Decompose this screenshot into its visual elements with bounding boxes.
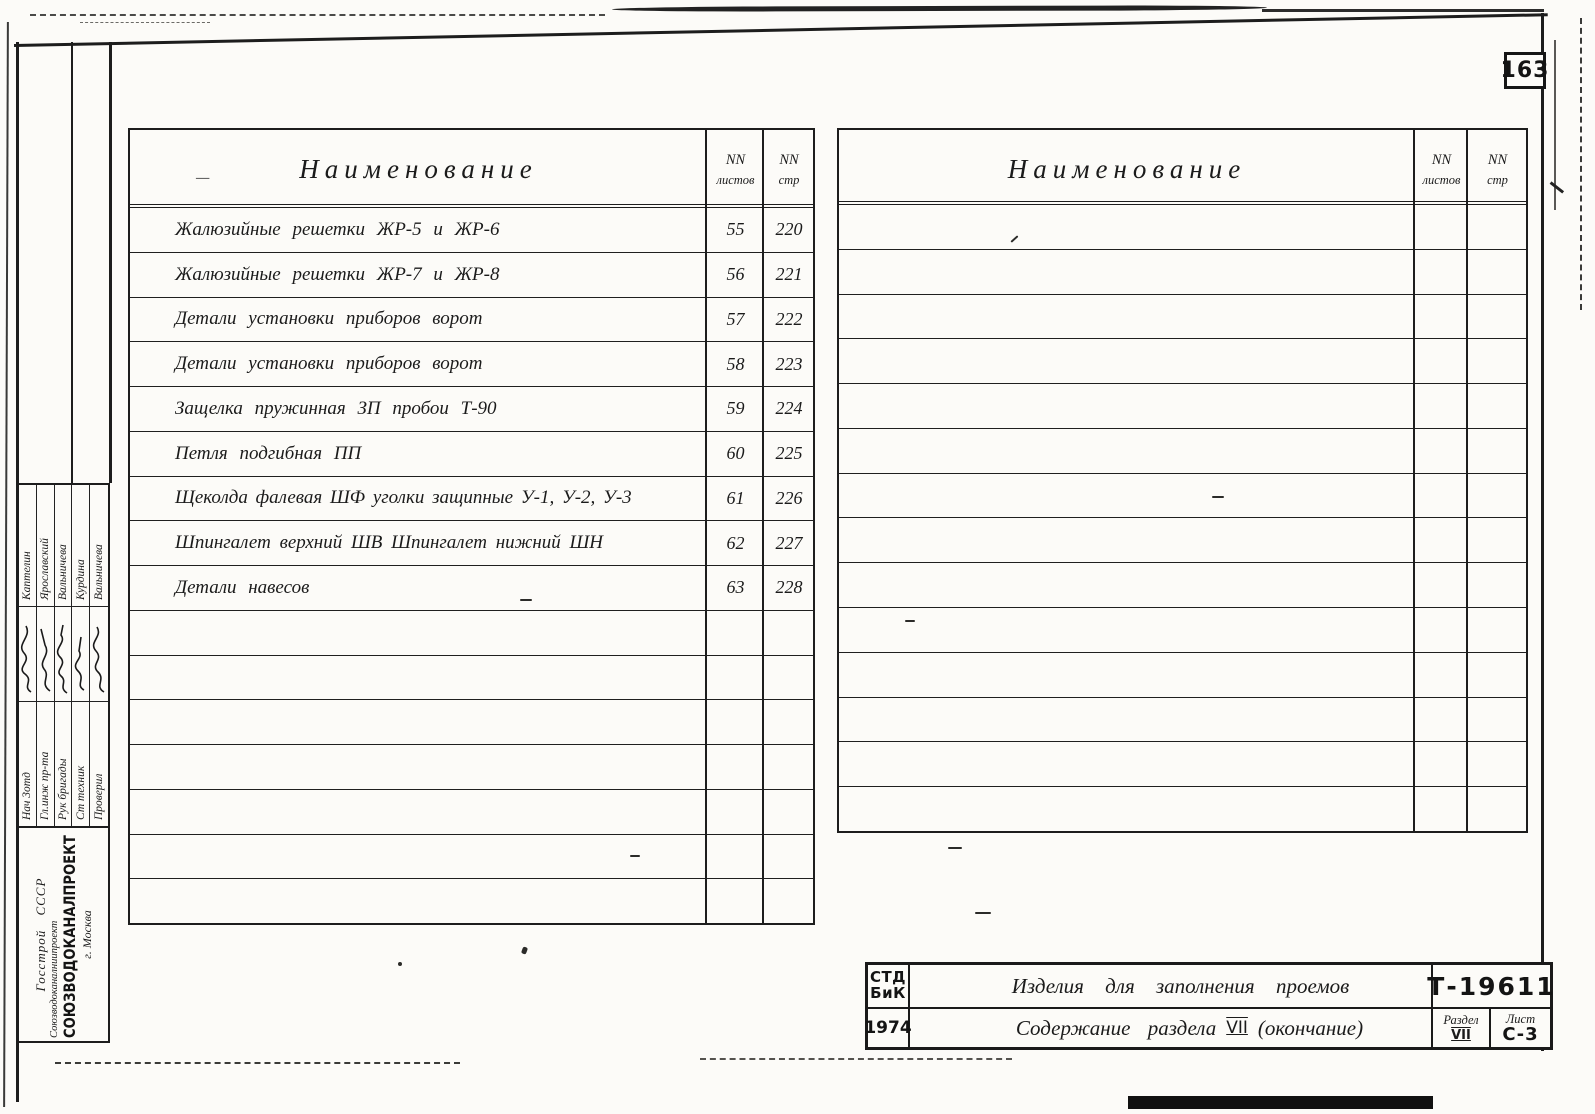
stamp-role-cell: Нач 3отд — [19, 701, 37, 826]
org-stamp: Госстрой СССР Союзводоканалниипроект СОЮ… — [17, 483, 110, 1043]
cell-item-name: Детали навесов — [130, 577, 707, 599]
cell-page-number: 227 — [764, 533, 814, 554]
signature-scribble — [38, 623, 53, 695]
signature-scribble — [92, 623, 107, 695]
empty-table-row — [839, 787, 1526, 831]
table-row: Детали установки приборов ворот 58 223 — [130, 342, 813, 387]
empty-table-row — [839, 339, 1526, 384]
cell-item-name: Жалюзийные решетки ЖР-7 и ЖР-8 — [130, 264, 707, 286]
scan-artifact — [700, 1058, 1012, 1060]
contents-title: Содержание разделаVII(окончание) — [910, 1009, 1431, 1047]
cell-page-number: 223 — [764, 354, 814, 375]
stamp-signature-cell — [37, 606, 55, 701]
cell-page-number: 225 — [764, 443, 814, 464]
scan-artifact — [80, 22, 210, 23]
album-title: Изделия для заполнения проемов — [910, 965, 1431, 1009]
table-row: Петля подгибная ПП 60 225 — [130, 432, 813, 477]
series-code: СТД БиК — [868, 965, 910, 1009]
empty-table-row — [839, 518, 1526, 563]
cell-sheet-number: 59 — [707, 398, 764, 419]
empty-table-row — [130, 835, 813, 880]
empty-table-row — [130, 745, 813, 790]
table-row: Защелка пружинная ЗП пробои Т-90 59 224 — [130, 387, 813, 432]
stamp-signature-cell — [90, 606, 108, 701]
cell-item-name: Щеколда фалевая ШФ уголки защипные У-1, … — [130, 487, 707, 509]
scan-artifact — [1128, 1096, 1433, 1109]
table-header: Наименование NN листов NN стр — [839, 130, 1526, 205]
right-contents-table: Наименование NN листов NN стр — [837, 128, 1528, 833]
stamp-name-cell: Курдина — [72, 485, 90, 606]
scanned-drawing-sheet: 163 — Наименование NN листов NN стр Жалю… — [0, 0, 1595, 1114]
empty-table-row — [130, 611, 813, 656]
cell-page-number: 220 — [764, 219, 814, 240]
cell-item-name: Защелка пружинная ЗП пробои Т-90 — [130, 398, 707, 420]
column-header-pages: NN стр — [764, 150, 814, 189]
empty-table-row — [839, 742, 1526, 787]
signature-scribble — [55, 623, 70, 695]
stamp-name-cell: Вальничева — [90, 485, 108, 606]
table-row: Жалюзийные решетки ЖР-5 и ЖР-6 55 220 — [130, 208, 813, 253]
empty-table-row — [839, 205, 1526, 250]
signature-scribble — [20, 623, 35, 695]
table-row: Шпингалет верхний ШВ Шпингалет нижний ШН… — [130, 521, 813, 566]
table-header: — Наименование NN листов NN стр — [130, 130, 813, 208]
empty-table-row — [839, 384, 1526, 429]
stamp-role-cell: Проверил — [90, 701, 108, 826]
frame-top-border — [14, 13, 1548, 47]
scan-artifact — [521, 946, 528, 954]
cell-sheet-number: 63 — [707, 577, 764, 598]
cell-item-name: Детали установки приборов ворот — [130, 353, 707, 375]
cell-page-number: 224 — [764, 398, 814, 419]
empty-table-row — [839, 429, 1526, 474]
empty-table-row — [839, 608, 1526, 653]
cell-item-name: Детали установки приборов ворот — [130, 308, 707, 330]
org-line: Госстрой СССР — [33, 831, 49, 1038]
empty-table-row — [839, 295, 1526, 340]
cell-item-name: Жалюзийные решетки ЖР-5 и ЖР-6 — [130, 219, 707, 241]
section-cell: Раздел VII — [1431, 1009, 1491, 1047]
frame-right-border — [1541, 13, 1544, 1051]
empty-table-row — [839, 563, 1526, 608]
cell-page-number: 226 — [764, 488, 814, 509]
scan-artifact — [1580, 18, 1582, 310]
margin-band-divider — [71, 42, 73, 483]
empty-table-row — [839, 698, 1526, 743]
empty-table-row — [130, 879, 813, 923]
column-header-sheets: NN листов — [707, 150, 764, 189]
stamp-name-cell: Ярославский — [37, 485, 55, 606]
table-row: Детали навесов 63 228 — [130, 566, 813, 611]
column-header-name: Наименование — [130, 154, 707, 185]
cell-sheet-number: 61 — [707, 488, 764, 509]
empty-table-row — [839, 250, 1526, 295]
cell-item-name: Шпингалет верхний ШВ Шпингалет нижний ШН — [130, 532, 707, 554]
column-divider — [1413, 130, 1415, 831]
left-contents-table: — Наименование NN листов NN стр Жалюзийн… — [128, 128, 815, 925]
roman-numeral: VII — [1226, 1018, 1248, 1038]
cell-sheet-number: 62 — [707, 533, 764, 554]
section-value: VII — [1451, 1028, 1471, 1043]
column-header-name: Наименование — [839, 154, 1415, 185]
margin-band-border — [109, 42, 112, 483]
cell-sheet-number: 56 — [707, 264, 764, 285]
stamp-signature-cell — [55, 606, 73, 701]
table-row: Жалюзийные решетки ЖР-7 и ЖР-8 56 221 — [130, 253, 813, 298]
page-number-box: 163 — [1504, 52, 1546, 89]
cell-page-number: 222 — [764, 309, 814, 330]
scan-artifact — [612, 5, 1267, 12]
cell-item-name: Петля подгибная ПП — [130, 443, 707, 465]
empty-table-row — [839, 474, 1526, 519]
empty-table-row — [839, 653, 1526, 698]
scan-artifact — [398, 962, 402, 966]
column-divider — [762, 130, 764, 923]
scan-artifact — [30, 14, 605, 16]
org-block: Госстрой СССР Союзводоканалниипроект СОЮ… — [19, 826, 108, 1041]
scan-artifact — [1262, 9, 1544, 12]
stamp-role-cell: Гл.инж пр-та — [37, 701, 55, 826]
sheet-cell: Лист С-3 — [1491, 1009, 1550, 1047]
sheet-value: С-3 — [1502, 1026, 1538, 1044]
cell-page-number: 228 — [764, 577, 814, 598]
cell-sheet-number: 60 — [707, 443, 764, 464]
stamp-name-cell: Вальничева — [55, 485, 73, 606]
org-city: г. Москва — [80, 831, 95, 1038]
stamp-signature-cell — [72, 606, 90, 701]
title-block: СТД БиК Изделия для заполнения проемов Т… — [865, 962, 1553, 1050]
section-label: Раздел — [1443, 1014, 1478, 1028]
cell-sheet-number: 58 — [707, 354, 764, 375]
org-name: СОЮЗВОДОКАНАЛПРОЕКТ — [60, 831, 80, 1038]
scan-artifact — [975, 912, 991, 914]
doc-number: Т-19611 — [1431, 965, 1550, 1009]
table-row: Щеколда фалевая ШФ уголки защипные У-1, … — [130, 477, 813, 522]
column-divider — [1466, 130, 1468, 831]
empty-table-row — [130, 790, 813, 835]
table-row: Детали установки приборов ворот 57 222 — [130, 298, 813, 343]
column-header-pages: NN стр — [1468, 150, 1527, 189]
page-number: 163 — [1501, 58, 1550, 83]
stamp-signature-cell — [19, 606, 37, 701]
org-line: Союзводоканалниипроект — [49, 831, 60, 1038]
scan-artifact — [948, 847, 962, 849]
cell-sheet-number: 55 — [707, 219, 764, 240]
empty-table-row — [130, 656, 813, 701]
paper-edge — [3, 22, 9, 1107]
scan-artifact — [1550, 181, 1564, 193]
column-divider — [705, 130, 707, 923]
cell-sheet-number: 57 — [707, 309, 764, 330]
stamp-role-cell: Ст техник — [72, 701, 90, 826]
empty-table-row — [130, 700, 813, 745]
cell-page-number: 221 — [764, 264, 814, 285]
stamp-name-cell: Каптелин — [19, 485, 37, 606]
stamp-role-cell: Рук бригады — [55, 701, 73, 826]
column-header-sheets: NN листов — [1415, 150, 1468, 189]
signature-scribble — [73, 623, 88, 695]
signature-table: Нач 3отд Каптелин Гл.инж пр-та Ярославск… — [19, 485, 108, 826]
year: 1974 — [868, 1009, 910, 1047]
scan-artifact — [55, 1062, 460, 1064]
